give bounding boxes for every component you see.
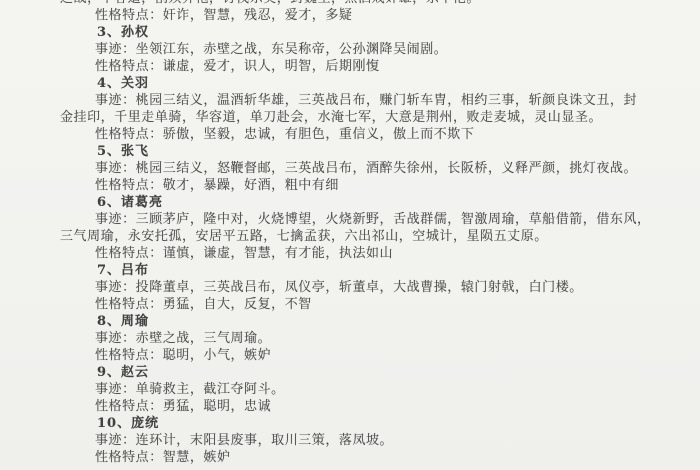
text-line: 性格特点：骄傲，坚毅，忠诚，有胆色，重信义，傲上而不欺下 [95,127,474,142]
text-line: 性格特点：智慧，嫉妒 [95,450,231,465]
text-line: 性格特点：勇猛，聪明，忠诚 [95,399,271,414]
text-line: 性格特点：勇猛，自大，反复，不智 [95,297,312,312]
text-line: 事迹：三顾茅庐，隆中对，火烧博望，火烧新野，舌战群儒，智激周瑜，草船借箭，借东风… [95,212,651,227]
section-heading: 6、诸葛亮 [97,195,163,210]
section-heading: 4、关羽 [97,76,149,91]
text-line: 事迹：投降董卓，三英战吕布，凤仪亭，斩董卓，大战曹操，辕门射戟，白门楼。 [95,280,583,295]
text-line: 三气周瑜，永安托孤，安居平五路，七擒孟获，六出祁山，空城计，星陨五丈原。 [60,229,548,244]
section-heading: 10、庞统 [97,416,159,431]
text-line: 之战，华容道，割须弃袍，讨伐东吴，封魏王，煮酒戏奸雄，杀华佗。 [60,0,480,6]
text-line: 性格特点：谨慎，谦虚，智慧，有才能，执法如山 [95,246,393,261]
section-heading: 3、孙权 [97,25,149,40]
text-line: 性格特点：奸诈，智慧，残忍，爱才，多疑 [95,8,352,23]
text-line: 事迹：单骑救主，截江夺阿斗。 [95,382,285,397]
section-heading: 9、赵云 [97,365,149,380]
section-heading: 8、周瑜 [97,314,149,329]
text-line: 事迹：桃园三结义，怒鞭督邮，三英战吕布，酒醉失徐州，长阪桥，义释严颜，挑灯夜战。 [95,161,637,176]
text-line: 事迹：赤壁之战，三气周瑜。 [95,331,271,346]
text-line: 事迹：坐领江东，赤壁之战，东吴称帝，公孙渊降吴闹剧。 [95,42,447,57]
text-line: 性格特点：聪明，小气，嫉妒 [95,348,271,363]
scanned-document-page: 之战，华容道，割须弃袍，讨伐东吴，封魏王，煮酒戏奸雄，杀华佗。性格特点：奸诈，智… [0,0,700,470]
text-line: 金挂印，千里走单骑，华容道，单刀赴会，水淹七军，大意是荆州，败走麦城，灵山显圣。 [60,110,602,125]
text-line: 性格特点：谦虚，爱才，识人，明智，后期刚愎 [95,59,380,74]
text-line: 事迹：连环计，末阳县废事，取川三策，落凤坡。 [95,433,393,448]
section-heading: 5、张飞 [97,144,149,159]
section-heading: 7、吕布 [97,263,149,278]
text-line: 事迹：桃园三结义，温酒斩华雄，三英战吕布，赚门斩车胄，相约三事，斩颜良诛文丑，封 [95,93,637,108]
text-line: 性格特点：敬才，暴躁，好酒，粗中有细 [95,178,339,193]
